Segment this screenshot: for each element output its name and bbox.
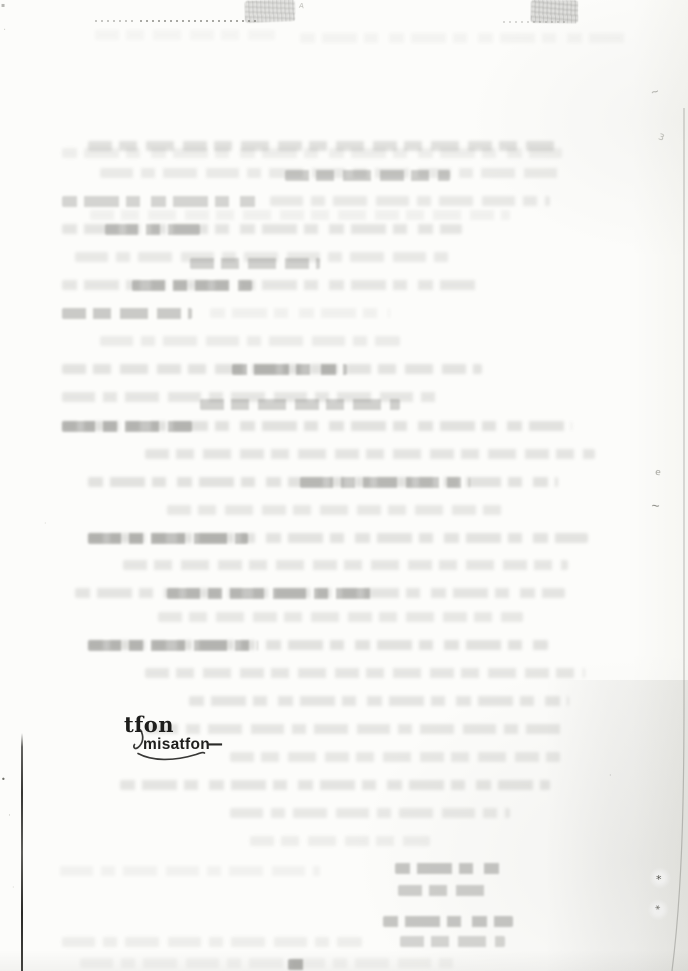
ink-speck: e [654, 469, 661, 479]
faint-dotted-line [503, 21, 565, 23]
ink-speck: · [44, 520, 47, 528]
scanned-document-page: ~3e~**A▪•····· tfon misatfon — [0, 0, 688, 971]
ink-speck: · [3, 26, 6, 36]
faint-dotted-line [95, 20, 135, 22]
faint-dotted-line [140, 20, 258, 22]
ink-speck: ▪ [1, 3, 5, 9]
annotation-dash: — [206, 734, 223, 754]
ink-speck: A [299, 3, 305, 11]
left-margin-pen-stroke [21, 733, 23, 971]
annotation-word-misatfon: misatfon [143, 736, 210, 754]
ink-speck: • [1, 776, 6, 784]
ink-speck: ~ [651, 500, 661, 512]
graphite-smudge [531, 0, 578, 23]
annotation-word-tfon: tfon [124, 712, 174, 737]
ink-speck: 3 [657, 133, 665, 143]
ink-speck: ~ [650, 87, 661, 99]
page-bottom-shadow [0, 950, 688, 971]
page-corner-shadow [545, 680, 688, 971]
ink-speck: · [8, 812, 11, 821]
ink-speck: · [12, 884, 15, 892]
